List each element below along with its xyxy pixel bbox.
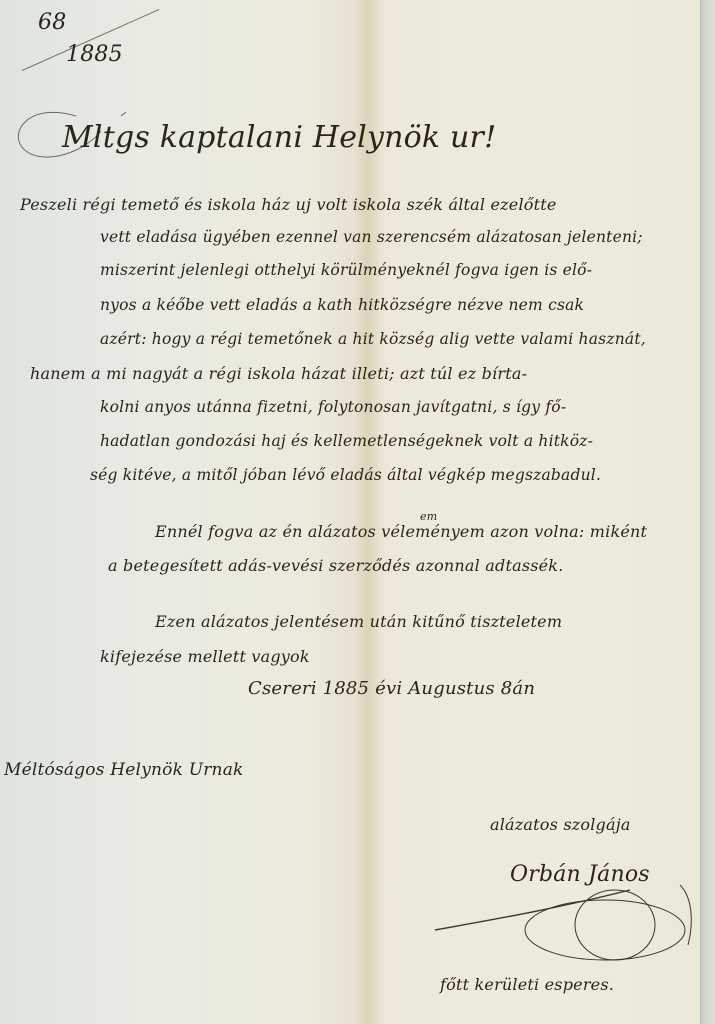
body-line: vett eladása ügyében ezennel van szerenc… (100, 228, 643, 246)
date-line: Csereri 1885 évi Augustus 8án (248, 678, 535, 699)
paragraph2-line: Ennél fogva az én alázatos véleményem az… (155, 522, 647, 541)
body-line: hanem a mi nagyát a régi iskola házat il… (30, 364, 527, 383)
signature-title: főtt kerületi esperes. (440, 975, 614, 994)
body-line: miszerint jelenlegi otthelyi körülmények… (100, 261, 592, 279)
body-line: azért: hogy a régi temetőnek a hit közsé… (100, 330, 646, 348)
body-line: Peszeli régi temető és iskola ház uj vol… (20, 195, 557, 214)
reference-number: 68 (38, 10, 66, 35)
paragraph3-line: Ezen alázatos jelentésem után kitűnő tis… (155, 612, 562, 631)
paragraph2-line: a betegesített adás-vevési szerződés azo… (108, 556, 564, 575)
body-line: hadatlan gondozási haj és kellemetlenség… (100, 432, 593, 450)
closing: alázatos szolgája (490, 815, 631, 834)
reference-year: 1885 (66, 42, 123, 67)
paragraph3-line: kifejezése mellett vagyok (100, 647, 310, 666)
body-line: nyos a kéőbe vett eladás a kath hitközsé… (100, 296, 584, 314)
salutation: Mltgs kaptalani Helynök ur! (62, 120, 496, 155)
body-line: ség kitéve, a mitől jóban lévő eladás ál… (90, 466, 601, 484)
body-line: kolni anyos utánna fizetni, folytonosan … (100, 398, 566, 416)
signature-flourish-icon (430, 870, 710, 980)
addressee: Méltóságos Helynök Urnak (4, 760, 244, 780)
